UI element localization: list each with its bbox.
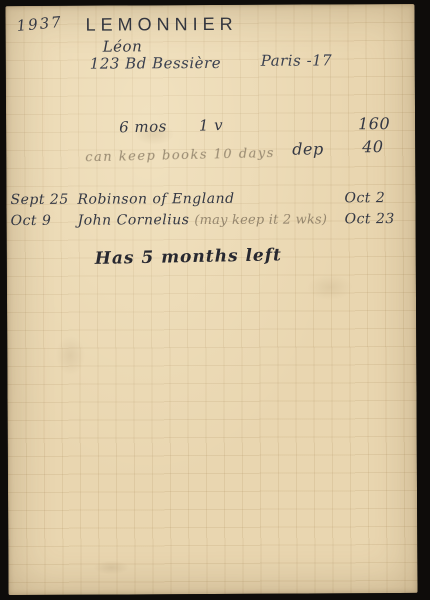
- deposit-label: dep: [292, 139, 324, 158]
- loan-book-title-text: John Cornelius: [78, 212, 190, 229]
- subscription-volumes: 1 v: [199, 116, 224, 135]
- index-card: 1937 LEMONNIER Léon 123 Bd Bessière Pari…: [5, 4, 417, 595]
- member-address: 123 Bd Bessière: [90, 54, 221, 73]
- loan-entry-row: Oct 9 John Cornelius (may keep it 2 wks)…: [7, 211, 416, 234]
- member-last-name: LEMONNIER: [86, 14, 238, 36]
- scan-background: 1937 LEMONNIER Léon 123 Bd Bessière Pari…: [0, 0, 430, 600]
- member-city: Paris -17: [261, 51, 333, 69]
- loan-book-title: John Cornelius (may keep it 2 wks): [78, 211, 328, 228]
- subscription-term: 6 mos: [119, 117, 167, 136]
- paper-smudge: [93, 560, 129, 574]
- loan-date-out: Oct 9: [11, 213, 52, 229]
- loan-book-title: Robinson of England: [77, 191, 234, 208]
- deposit-amount: 40: [362, 137, 383, 156]
- loan-entry-row: Sept 25 Robinson of England Oct 2: [6, 190, 415, 213]
- loan-date-out: Sept 25: [10, 192, 68, 208]
- paper-smudge: [55, 336, 85, 376]
- remaining-term-remark: Has 5 months left: [95, 245, 283, 269]
- pencil-loan-note: can keep books 10 days: [85, 146, 275, 165]
- year-note: 1937: [16, 13, 64, 35]
- subscription-fee: 160: [358, 114, 390, 133]
- loan-pencil-note: (may keep it 2 wks): [194, 212, 327, 228]
- subscription-terms: 6 mos1 v: [119, 116, 223, 136]
- loan-date-due: Oct 23: [345, 211, 395, 227]
- loan-date-due: Oct 2: [344, 190, 385, 206]
- member-first-name: Léon: [103, 37, 143, 55]
- paper-smudge: [307, 274, 353, 300]
